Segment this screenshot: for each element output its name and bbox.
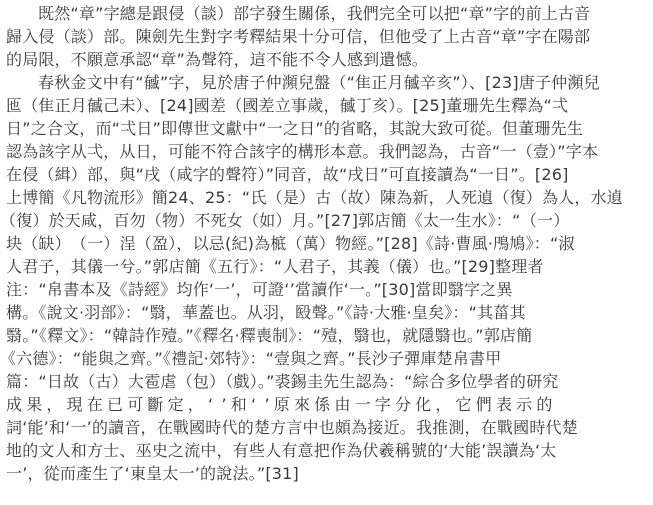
text-line: 上博簡《凡物流形》簡24、25：“氏（是）古（故）陳為新，人死遉（復）為人，水遉 <box>6 186 623 209</box>
text-line: 块（缺）𦓜（一）浧（盈），以忌(紀)為㭽（萬）物經。”[28]《詩·曹風·鳲鳩》… <box>6 232 575 255</box>
text-line: 翳。”《釋文》：“韓詩作殪。”《釋名·釋喪制》：“殪，翳也，就隱翳也。”郭店簡 <box>6 324 532 347</box>
text-line: 《六德》：“能與之齊。”《禮記·郊特》：“壹與之齊。”長沙子彈庫楚帛書甲 <box>0 347 501 370</box>
text-line: 在侵（緝）部，與“戌（咸字的聲符）”同音，故“戌日”可直接讀為“一日”。[26] <box>6 163 569 186</box>
text-line: 匜（隹正月㦽己未）、[24]國差𦉜（國差立事歲，㦽丁亥）。[25]董珊先生釋為“… <box>6 94 568 117</box>
text-line: 認為該字从弌，从日，可能不符合該字的構形本意。我們認為，古音“一（壹）”字本 <box>6 140 598 163</box>
text-line: 春秋金文中有“㦽”字，見於唐子仲瀕兒盤（“隹正月㦽辛亥”）、[23]唐子仲瀕兒 <box>38 71 600 94</box>
text-line: 篇：“日故（古）大𧵈雹虐（包）（戲）。”裘錫圭先生認為：“綜合多位學者的研究 <box>6 370 558 393</box>
text-line: 地的文人和方士、巫史之流中，有些人有意把作為伏羲稱號的‘大能’誤讀為‘太 <box>6 439 556 462</box>
text-line: 成果，現在已可斷定，‘𦓜’和‘𧵈’原來係由一字分化，它們表示的 <box>6 393 557 416</box>
text-line: 構。《說文·羽部》：“翳，華蓋也。从羽，殹聲。”《詩·大雅·皇矣》：“其菑其 <box>6 301 526 324</box>
text-line: 日”之合文，而“弌日”即傳世文獻中“一之日”的省略，其說大致可從。但董珊先生 <box>6 117 583 140</box>
text-line: 既然“章”字總是跟侵（談）部字發生關係，我們完全可以把“章”字的前上古音 <box>38 2 590 25</box>
document-body: 既然“章”字總是跟侵（談）部字發生關係，我們完全可以把“章”字的前上古音 歸入侵… <box>0 0 653 505</box>
text-line: 一’，從而產生了‘東皇太一’的說法。”[31] <box>6 462 299 485</box>
text-line: 注：“帛書本及《詩經》均作‘一’，可證‘𦓜’當讀作‘一。”[30]當即翳字之異 <box>6 278 513 301</box>
text-line: 人君子，其儀一兮。”郭店簡《五行》：“𡟰人君子，其義（儀）𦓜也。”[29]整理者 <box>6 255 544 278</box>
text-line: （復）於天咸，百勿（物）不死女（如）月。”[27]郭店簡《太一生水》：“𦓜（一） <box>0 209 569 232</box>
text-line: 詞‘能’和‘一’的讀音，在戰國時代的楚方言中也頗為接近。我推測，在戰國時代楚 <box>6 416 578 439</box>
text-line: 歸入侵（談）部。陳劍先生對𠭁字考釋結果十分可信，但他受了上古音“章”字在陽部 <box>6 25 590 48</box>
text-line: 的局限，不願意承認“章”為聲符，這不能不令人感到遺憾。 <box>6 48 428 71</box>
